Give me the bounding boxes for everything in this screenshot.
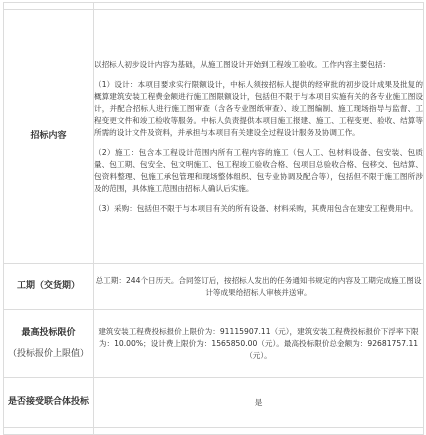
consortium-value: 是 <box>94 378 424 424</box>
row-label-duration: 工期（交货期） <box>4 264 94 310</box>
max-price-text: 建筑安装工程费投标报价上限价为：91115907.11（元），建筑安装工程费投标… <box>94 310 424 378</box>
empty-cell <box>4 3 94 10</box>
row-label-max-price: 最高投标限价 （投标报价上限值） <box>4 310 94 378</box>
max-price-label: 最高投标限价 <box>21 328 75 338</box>
scope-intro: 以招标人初步设计内容为基础，从施工图设计开始到工程竣工验收。工作内容主要包括： <box>94 59 423 71</box>
table-row-max-price: 最高投标限价 （投标报价上限值） 建筑安装工程费投标报价上限价为：9111590… <box>4 310 424 378</box>
tender-info-table: 招标内容 以招标人初步设计内容为基础，从施工图设计开始到工程竣工验收。工作内容主… <box>3 2 424 423</box>
scope-construction: （2）施工：包含本工程设计范围内所有工程内容的施工（包人工、包材料设备、包安装、… <box>94 147 423 195</box>
scope-procurement: （3）采购：包括但不限于与本项目有关的所有设备、材料采购，其费用包含在建安工程费… <box>94 203 423 215</box>
max-price-sublabel: （投标报价上限值） <box>4 348 93 361</box>
scope-content: 以招标人初步设计内容为基础，从施工图设计开始到工程竣工验收。工作内容主要包括： … <box>94 10 424 264</box>
row-label-consortium: 是否接受联合体投标 <box>4 378 94 424</box>
scope-design: （1）设计：本项目要求实行限额设计，中标人须按招标人提供的经审批的初步设计成果及… <box>94 79 423 139</box>
table-row-scope: 招标内容 以招标人初步设计内容为基础，从施工图设计开始到工程竣工验收。工作内容主… <box>4 10 424 264</box>
table-row-top-spacer <box>4 3 424 10</box>
table-row-duration: 工期（交货期） 总工期：244个日历天。合同签订后，按招标人发出的任务通知书规定… <box>4 264 424 310</box>
table-row-consortium: 是否接受联合体投标 是 <box>4 378 424 424</box>
duration-text: 总工期：244个日历天。合同签订后，按招标人发出的任务通知书规定的内容及工期完成… <box>94 264 424 310</box>
empty-cell <box>94 3 424 10</box>
row-label-scope: 招标内容 <box>4 10 94 264</box>
